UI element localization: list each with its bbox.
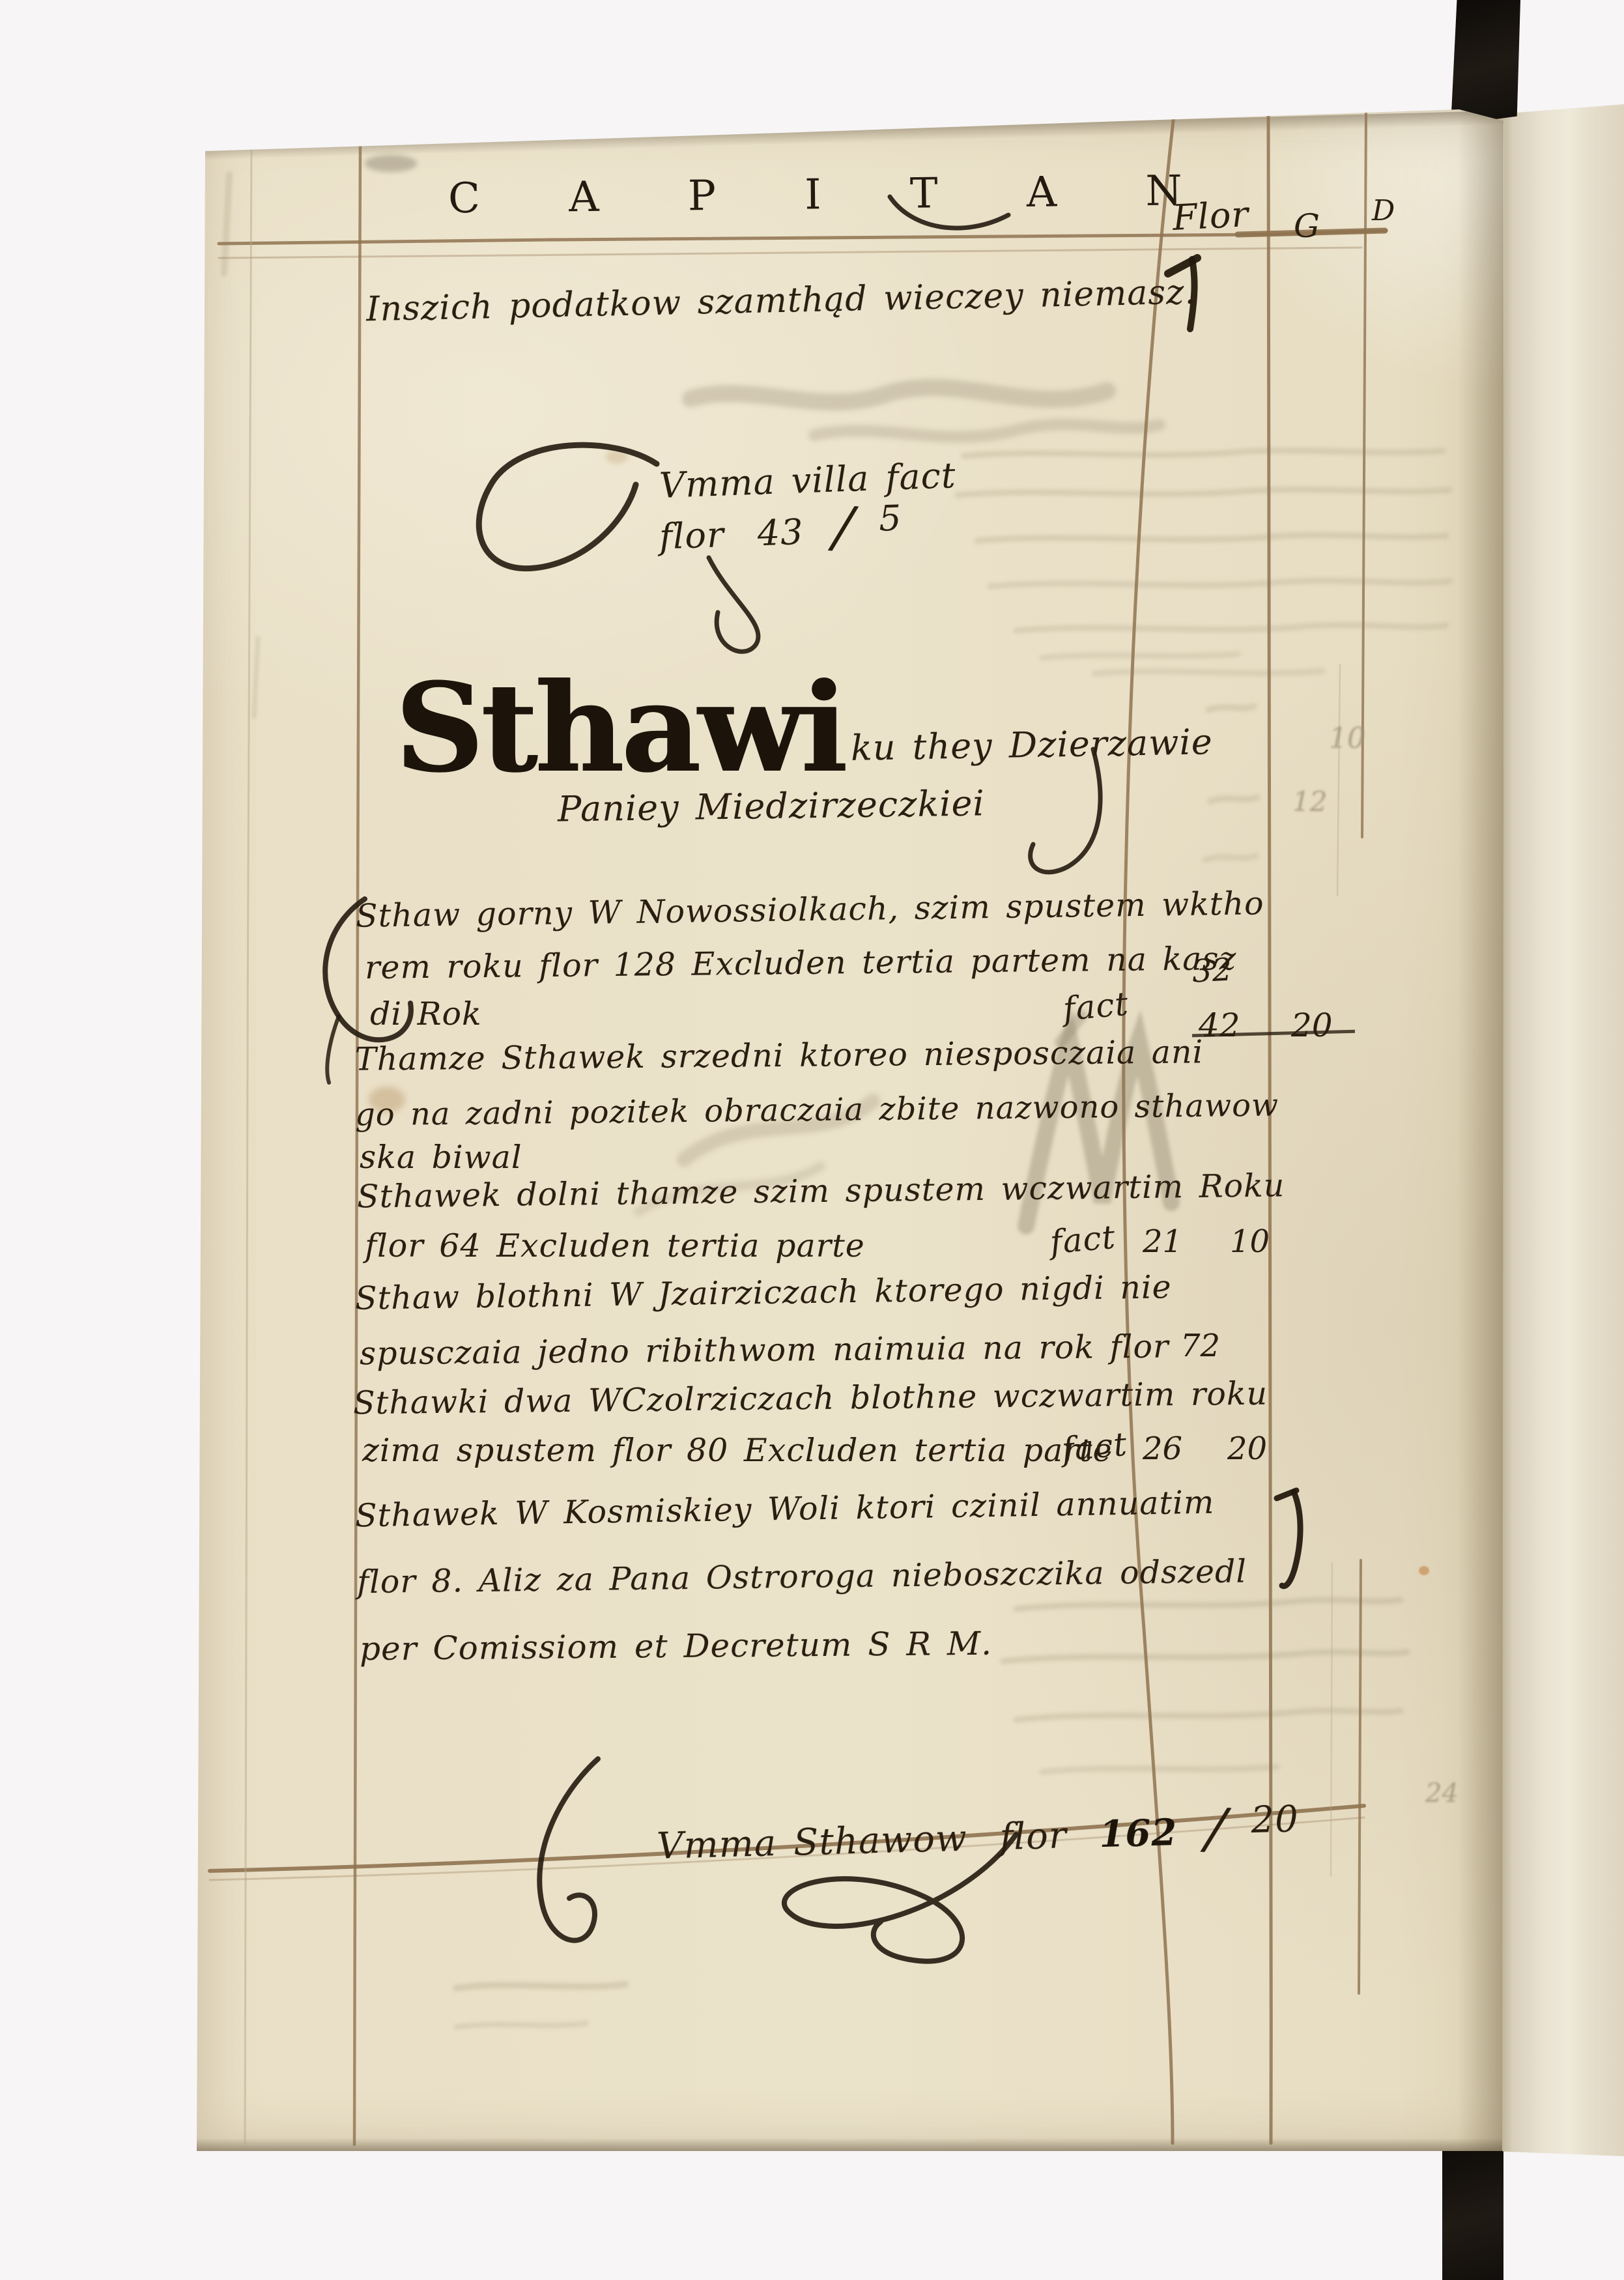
page-bottom-edge	[197, 2138, 1503, 2151]
entry5-fact-label: fact	[1061, 1425, 1129, 1469]
summa-villa-line2: flor 43 / 5	[659, 508, 903, 558]
entry1-gr-struck: 20	[1291, 1006, 1333, 1044]
summa-villa-gr-value: 5	[878, 498, 903, 539]
entry3-line2: flor 64 Excluden tertia parte	[365, 1227, 865, 1264]
summa-sthawow-label: Vmma Sthawow	[656, 1817, 967, 1867]
entry3-fact-label: fact	[1049, 1218, 1117, 1262]
bookmark-ribbon-bottom	[1442, 2143, 1503, 2280]
summa-sthawow-gr-value: 20	[1251, 1798, 1300, 1842]
ink-smudge	[365, 155, 417, 172]
summa-villa-separator: /	[834, 527, 853, 528]
entry1-fact-label: fact	[1062, 985, 1130, 1029]
entry6-line3: per Comissiom et Decretum S R M.	[360, 1625, 992, 1668]
manuscript-page: C A P I T A N Flor G D Inszich podatkow …	[0, 0, 1624, 2280]
ghost-numeral-24: 24	[1425, 1778, 1459, 1808]
col-header-flor: Flor	[1171, 193, 1249, 238]
bookmark-ribbon-top	[1451, 0, 1520, 121]
summa-sthawow-flor-value: 162	[1099, 1811, 1178, 1856]
page-title: C A P I T A N	[448, 167, 1220, 223]
entry3-gr: 10	[1230, 1223, 1270, 1260]
entry4-line2: spusczaia jedno ribithwom naimuia na rok…	[360, 1328, 1169, 1373]
section-heading-side-note: ku they Dzierzawie	[850, 721, 1213, 769]
ghost-numeral-12: 12	[1292, 786, 1327, 818]
entry5-line2: zima spustem flor 80 Excluden tertia par…	[362, 1432, 1112, 1469]
paper-stain-faint	[606, 449, 628, 464]
manuscript-scan: C A P I T A N Flor G D Inszich podatkow …	[0, 0, 1624, 2280]
section-heading-word: Sthawi	[395, 667, 844, 790]
gutter-fold-shadow	[1458, 109, 1503, 2152]
entry1-flor-struck: 42	[1199, 1006, 1240, 1044]
summa-villa-flor-value: 43	[757, 511, 805, 554]
col-header-d: D	[1372, 194, 1395, 227]
ghost-numeral-10: 10	[1329, 722, 1365, 755]
paper-stain-small	[1419, 1566, 1429, 1575]
section-heading-line2: Paniey Miedzirzeczkiei	[558, 782, 986, 829]
entry5-gr: 20	[1227, 1431, 1267, 1467]
summa-sthawow-flor-label: flor	[999, 1814, 1068, 1859]
entry1-flor-new: 32	[1191, 951, 1233, 990]
entry1-line3: di Rok	[370, 995, 482, 1033]
entry2-line1: Thamze Sthawek srzedni ktoreo niesposcza…	[355, 1033, 1204, 1077]
entry5-flor: 26	[1143, 1431, 1182, 1467]
entry4-flor: 72	[1180, 1328, 1220, 1364]
entry3-flor: 21	[1143, 1223, 1182, 1260]
entry2-line3: ska biwal	[360, 1139, 522, 1176]
summa-villa-flor-label: flor	[659, 514, 725, 557]
next-folio-edge	[1490, 104, 1624, 2156]
summa-sthawow-separator: /	[1206, 1828, 1226, 1829]
col-header-g: G	[1294, 207, 1320, 245]
